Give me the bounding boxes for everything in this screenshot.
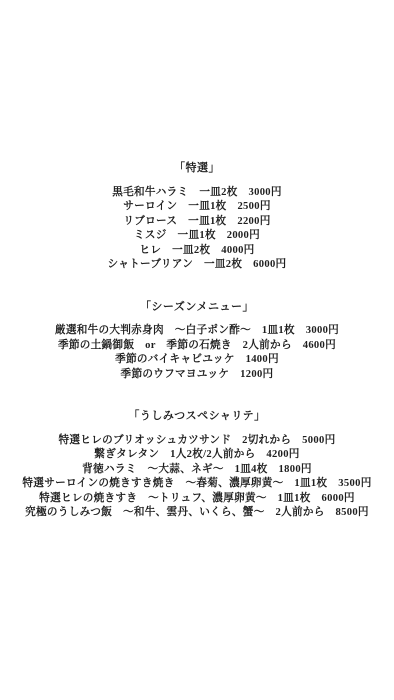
section-title-special: 「特選」 <box>0 161 394 176</box>
menu-item: 特選ヒレの焼きすき 〜トリュフ、濃厚卵黄〜 1皿1枚 6000円 <box>0 492 394 507</box>
menu-item: 背徳ハラミ 〜大蒜、ネギ〜 1皿4枚 1800円 <box>0 463 394 478</box>
section-title-season: 「シーズンメニュー」 <box>0 300 394 315</box>
menu-item: 季節の土鍋御飯 or 季節の石焼き 2人前から 4600円 <box>0 339 394 354</box>
menu-item: 特選サーロインの焼きすき焼き 〜春菊、濃厚卵黄〜 1皿1枚 3500円 <box>0 477 394 492</box>
menu-item: 季節のバイキャビユッケ 1400円 <box>0 353 394 368</box>
menu-section-specialite: 「うしみつスペシャリテ」 特選ヒレのブリオッシュカツサンド 2切れから 5000… <box>0 409 394 521</box>
menu-document: 「特選」 黒毛和牛ハラミ 一皿2枚 3000円 サーロイン 一皿1枚 2500円… <box>0 161 394 521</box>
menu-section-season: 「シーズンメニュー」 厳選和牛の大判赤身肉 〜白子ポン酢〜 1皿1枚 3000円… <box>0 300 394 383</box>
menu-section-special: 「特選」 黒毛和牛ハラミ 一皿2枚 3000円 サーロイン 一皿1枚 2500円… <box>0 161 394 273</box>
menu-item: 特選ヒレのブリオッシュカツサンド 2切れから 5000円 <box>0 434 394 449</box>
menu-item: リブロース 一皿1枚 2200円 <box>0 215 394 230</box>
menu-item: シャトーブリアン 一皿2枚 6000円 <box>0 258 394 273</box>
menu-item: 究極のうしみつ飯 〜和牛、雲丹、いくら、蟹〜 2人前から 8500円 <box>0 506 394 521</box>
menu-item: ミスジ 一皿1枚 2000円 <box>0 229 394 244</box>
menu-item: 繋ぎタレタン 1人2枚/2人前から 4200円 <box>0 448 394 463</box>
menu-item: ヒレ 一皿2枚 4000円 <box>0 244 394 259</box>
section-title-specialite: 「うしみつスペシャリテ」 <box>0 409 394 424</box>
menu-item: 黒毛和牛ハラミ 一皿2枚 3000円 <box>0 186 394 201</box>
menu-item: 季節のウフマヨユッケ 1200円 <box>0 368 394 383</box>
menu-item: サーロイン 一皿1枚 2500円 <box>0 200 394 215</box>
menu-item: 厳選和牛の大判赤身肉 〜白子ポン酢〜 1皿1枚 3000円 <box>0 324 394 339</box>
menu-page: { "page": { "background_color": "#ffffff… <box>0 0 394 700</box>
